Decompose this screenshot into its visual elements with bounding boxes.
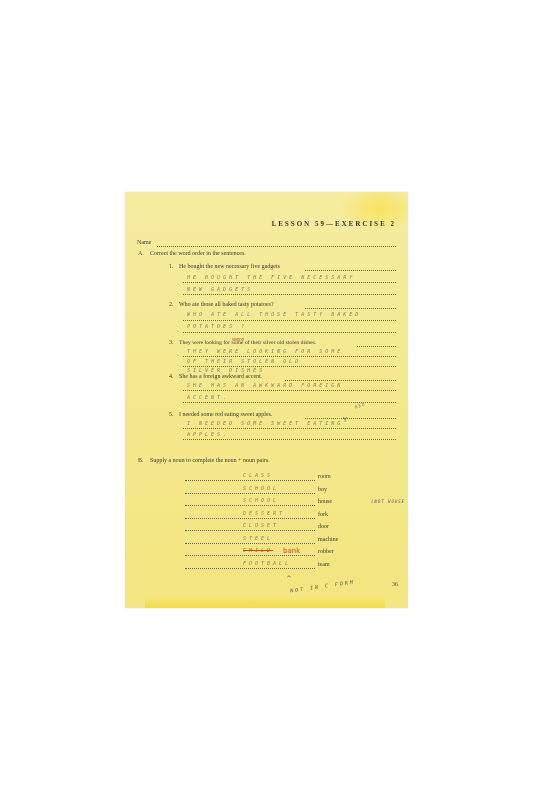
pair-answer-line bbox=[185, 543, 315, 544]
pair-answer-line bbox=[185, 493, 315, 494]
pair-noun: door bbox=[318, 524, 329, 530]
handwritten-insertion: RED bbox=[354, 402, 366, 411]
pair-noun: house bbox=[318, 499, 332, 505]
pair-noun: machine bbox=[318, 537, 338, 543]
handwritten-answer: ACCENT. bbox=[187, 395, 229, 401]
handwritten-footnote: NOT IN C FORM bbox=[290, 579, 355, 594]
answer-line bbox=[183, 294, 396, 295]
answer-line bbox=[183, 428, 396, 429]
pair-noun: fork bbox=[318, 512, 328, 518]
answer-line bbox=[357, 346, 396, 347]
stain bbox=[145, 598, 385, 608]
answer-line bbox=[183, 366, 396, 367]
pair-noun: room bbox=[318, 474, 331, 480]
handwritten-answer: HE BOUGHT THE FIVE NECESSARY bbox=[187, 275, 355, 281]
handwritten-answer: STEEL bbox=[243, 536, 273, 542]
section-b-instruction: Supply a noun to complete the noun + nou… bbox=[150, 458, 270, 464]
pair-answer-line bbox=[185, 530, 315, 531]
lesson-header: LESSON 59—EXERCISE 2 bbox=[272, 220, 396, 228]
section-a-instruction: Correct the word order in the sentences. bbox=[150, 251, 246, 257]
pair-answer-line bbox=[185, 480, 315, 481]
name-label: Name bbox=[137, 240, 151, 246]
pair-noun: boy bbox=[318, 487, 327, 493]
item-prompt: Who ate those all baked tasty potatoes? bbox=[179, 302, 274, 308]
item-prompt: He bought the new necessary five gadgets bbox=[179, 264, 280, 270]
handwritten-answer: NEW GADGETS bbox=[187, 287, 253, 293]
answer-line bbox=[183, 282, 396, 283]
item-number: 4. bbox=[169, 374, 174, 380]
name-line bbox=[157, 246, 396, 247]
item-number: 3. bbox=[169, 340, 174, 346]
pair-answer-line bbox=[185, 568, 315, 569]
item-number: 1. bbox=[169, 264, 174, 270]
page-number: 36 bbox=[392, 582, 398, 588]
handwritten-answer: SHE HAS AN AWKWARD FOREIGN bbox=[187, 383, 343, 389]
pair-answer-line bbox=[185, 518, 315, 519]
worksheet-page: LESSON 59—EXERCISE 2 Name A. Correct the… bbox=[125, 192, 408, 608]
item-number: 2. bbox=[169, 302, 174, 308]
handwritten-answer: WHO ATE ALL THOSE TASTY BAKED bbox=[187, 312, 361, 318]
answer-line bbox=[305, 270, 396, 271]
handwritten-answer: CHILD bbox=[243, 548, 273, 554]
answer-line bbox=[183, 439, 396, 440]
pair-answer-line bbox=[185, 505, 315, 506]
answer-line bbox=[285, 380, 396, 381]
handwritten-answer: DESSERT bbox=[243, 511, 285, 517]
item-number: 5. bbox=[169, 412, 174, 418]
handwritten-answer: THEY WERE LOOKING FOR SOME bbox=[187, 349, 343, 355]
handwritten-answer: FOOTBALL bbox=[243, 561, 291, 567]
pair-answer-line bbox=[185, 555, 315, 556]
handwritten-answer: APPLES. bbox=[187, 432, 229, 438]
handwritten-answer: SCHOOL bbox=[243, 486, 279, 492]
pair-noun: team bbox=[318, 562, 330, 568]
item-prompt: She has a foreign awkward accent. bbox=[179, 374, 262, 380]
handwritten-correction: bank bbox=[283, 547, 300, 555]
answer-line bbox=[183, 332, 396, 333]
pair-noun: robber bbox=[318, 549, 334, 555]
handwritten-answer: OF THEIR STOLEN OLD bbox=[187, 359, 301, 365]
answer-line bbox=[305, 308, 396, 309]
item-prompt: They were looking for some of their silv… bbox=[179, 340, 316, 346]
answer-line bbox=[183, 356, 396, 357]
insertion-mark: Y bbox=[343, 416, 347, 424]
handwritten-answer: CLOSET bbox=[243, 523, 279, 529]
caret-mark: ^ bbox=[286, 575, 292, 583]
answer-line bbox=[305, 418, 396, 419]
handwritten-note: (NOT HOUSE -PANEL) bbox=[371, 499, 408, 504]
handwritten-correction: were bbox=[232, 337, 244, 343]
handwritten-answer: I NEEDED SOME SWEET EATING bbox=[187, 421, 343, 427]
answer-line bbox=[183, 390, 396, 391]
item-prompt: I needed some red eating sweet apples. bbox=[179, 412, 272, 418]
handwritten-answer: POTATOES ? bbox=[187, 324, 247, 330]
handwritten-answer: SCHOOL bbox=[243, 498, 279, 504]
section-b-letter: B. bbox=[138, 458, 144, 464]
section-a-letter: A. bbox=[138, 251, 144, 257]
answer-line bbox=[183, 320, 396, 321]
handwritten-answer: CLASS bbox=[243, 473, 273, 479]
